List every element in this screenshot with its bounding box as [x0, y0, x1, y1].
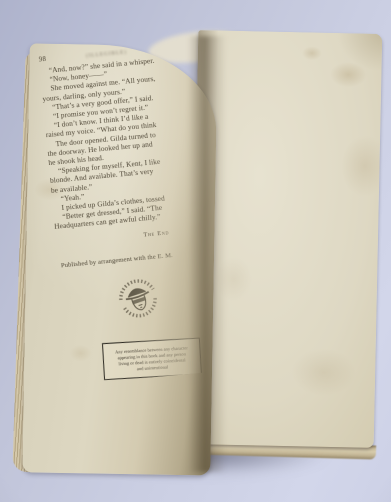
imprint-line: Published by arrangement with the E. M.	[61, 248, 210, 269]
page-number: 98	[39, 56, 47, 64]
fedora-man-publisher-stamp-icon	[109, 269, 167, 327]
open-book-photo: 98 (illegible) “And, now?” she said in a…	[0, 0, 391, 502]
disclaimer-box: Any resemblance between any character ap…	[102, 337, 202, 380]
running-title: (illegible)	[86, 49, 127, 59]
right-page-blank	[190, 30, 383, 448]
left-page-text-block: 98 (illegible) “And, now?” she said in a…	[39, 43, 221, 386]
the-end-marker: The End	[143, 225, 207, 238]
left-page: 98 (illegible) “And, now?” she said in a…	[22, 43, 217, 475]
